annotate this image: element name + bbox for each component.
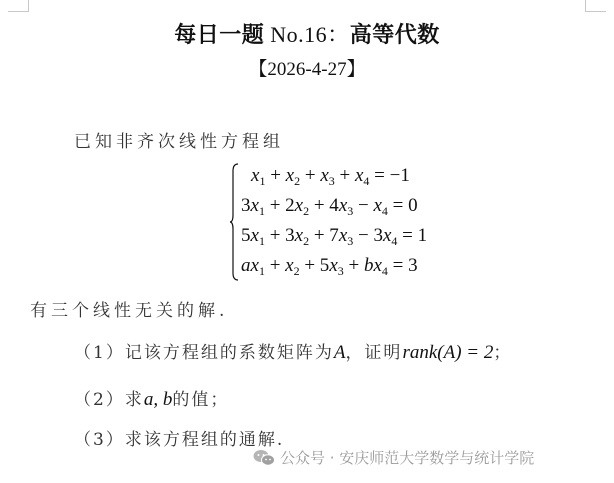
watermark-text: 公众号 · 安庆师范大学数学与统计学院 (280, 447, 534, 468)
question-text: ； (493, 343, 512, 363)
date-label: 【2026-4-27】 (0, 54, 614, 81)
page-corner-mark (585, 0, 606, 12)
question-text: 的值； (172, 390, 229, 410)
question-text: ，证明 (345, 343, 402, 363)
question-1: （1）记该方程组的系数矩阵为A，证明rank(A) = 2； (74, 338, 512, 364)
equation-3: 5x1 + 3x2 + 7x3 − 3x4 = 1 (241, 225, 427, 249)
equation-system: x1 + x2 + x3 + x4 = −1 3x1 + 2x2 + 4x3 −… (229, 163, 439, 285)
watermark: 公众号 · 安庆师范大学数学与统计学院 (253, 447, 534, 468)
title-subject: 高等代数 (350, 22, 440, 47)
equation-2: 3x1 + 2x2 + 4x3 − x4 = 0 (241, 195, 418, 219)
page-corner-mark (8, 0, 29, 12)
wechat-icon (253, 449, 275, 467)
question-label: （2） (74, 390, 125, 410)
problem-intro: 已知非齐次线性方程组 (74, 127, 284, 152)
math-inline: a, b (144, 389, 173, 410)
math-inline: rank(A) = 2 (402, 342, 493, 363)
page-title: 每日一题 No.16：高等代数 (0, 18, 614, 49)
equation-1: x1 + x2 + x3 + x4 = −1 (251, 165, 410, 189)
question-text: 记该方程组的系数矩阵为 (125, 343, 334, 363)
question-text: 求 (125, 390, 144, 410)
title-prefix: 每日一题 (174, 22, 264, 47)
math-inline: A (334, 342, 346, 363)
equation-4: ax1 + x2 + 5x3 + bx4 = 3 (241, 255, 418, 279)
title-number: No.16： (264, 22, 349, 47)
problem-condition: 有三个线性无关的解. (30, 296, 228, 321)
question-label: （1） (74, 343, 125, 363)
question-label: （3） (74, 430, 125, 450)
left-brace-icon (229, 163, 239, 281)
question-2: （2）求a, b的值； (74, 385, 229, 411)
